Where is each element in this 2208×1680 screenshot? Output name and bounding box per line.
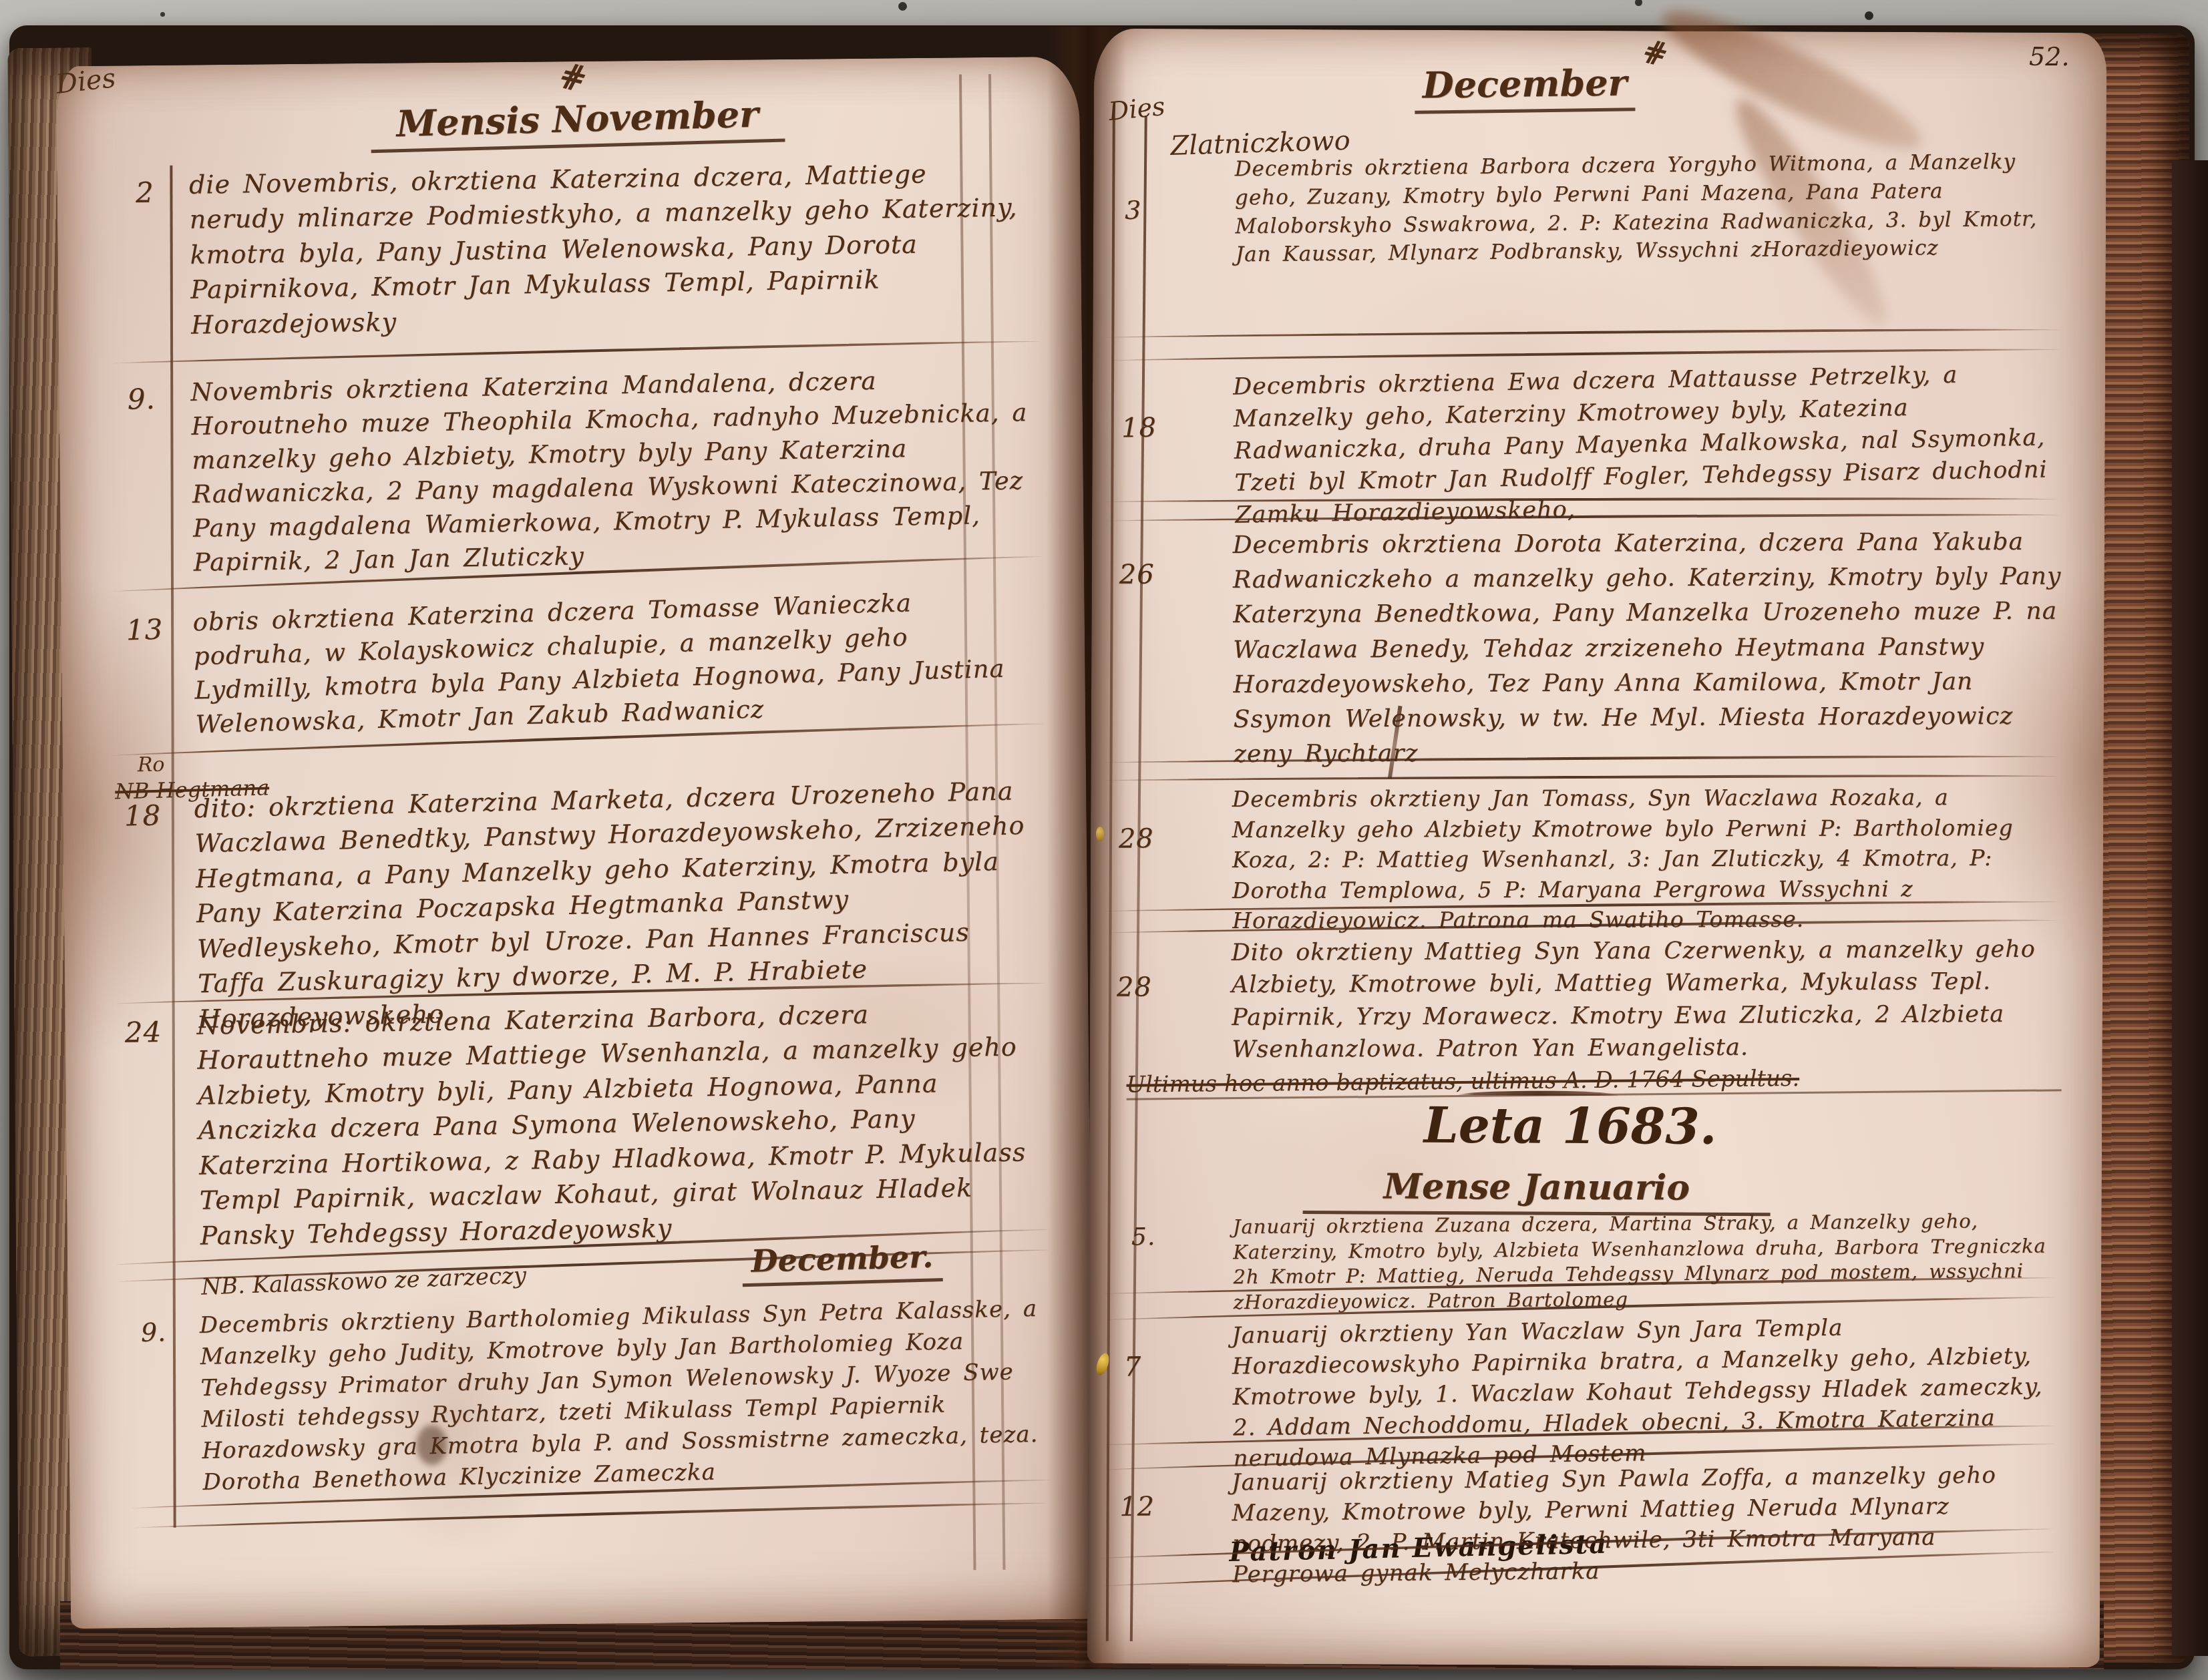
entry-day-number: 24 [124,1013,162,1052]
entry-day-number: 7 [1124,1349,1142,1385]
entry-separator-rule [112,339,1041,364]
entry-day-number: 28 [1119,821,1154,857]
entry-day-number: 3 [1125,193,1142,228]
entry-text: Novembris: okrztiena Katerzina Barbora, … [196,1000,1026,1250]
leather-cover-strip [2172,160,2208,1656]
entry-text: Dito okrztieny Mattieg Syn Yana Czerwenk… [1232,936,2036,1063]
dust-specks [160,12,165,17]
page-number: 52. [2029,42,2070,71]
entry-day-number: 9. [127,380,156,419]
header-mark: ⋕ [554,55,588,95]
entry-day-number: 26 [1119,556,1155,594]
entry-text: Novembris okrztiena Katerzina Mandalena,… [190,367,1027,577]
register-entry: 3 Decembris okrztiena Barbora dczera Yor… [1234,147,2069,269]
entry-day-number: 18 [1121,410,1157,447]
left-page: Dies ⋕ Mensis November 2 die Novembris, … [56,57,1094,1629]
photo-backdrop: Dies ⋕ Mensis November 2 die Novembris, … [0,0,2208,1680]
register-entry: 28 Dito okrztieny Mattieg Syn Yana Czerw… [1232,933,2066,1066]
register-entry: 28 Decembris okrztieny Jan Tomass, Syn W… [1232,782,2066,936]
entry-day-number: 12 [1119,1488,1155,1525]
dies-column-header: Dies [1107,91,1167,126]
register-entry: 26 Decembris okrztiena Dorota Katerzina,… [1233,525,2068,773]
register-entry: 2 die Novembris, okrztiena Katerzina dcz… [189,155,1032,343]
entry-day-number: 18 [124,796,162,835]
section-margin-note: NB. Kalasskowo ze zarzeczy [201,1262,527,1300]
entry-text: obris okrztiena Katerzina dczera Tomasse… [192,588,1005,739]
header-mark: ⋕ [1638,33,1669,70]
entry-text: Decembris okrztieny Jan Tomass, Syn Wacz… [1232,784,2014,933]
page-title-month: Mensis November [370,92,785,154]
entry-text: Decembris okrztiena Dorota Katerzina, dc… [1233,528,2062,768]
entry-text: Januarij okrztieny Yan Waczlaw Syn Jara … [1232,1315,2043,1472]
entry-day-number: 5. [1131,1222,1156,1253]
entry-separator-rule [134,1500,1049,1528]
right-page: Dies ⋕ December 52. Zlatniczkowo 3 Decem… [1087,29,2107,1668]
binding-thread [1096,827,1104,841]
page-title-month: December [1414,61,1635,114]
month-title: Mense Januario [1303,1166,1771,1216]
register-entry: 24 Novembris: okrztiena Katerzina Barbor… [196,994,1045,1253]
entry-text: Januarij okrztieny Matieg Syn Pawla Zoff… [1232,1462,1996,1588]
register-entry: 9. Decembris okrztieny Bartholomieg Miku… [199,1293,1047,1498]
entry-day-number: 9. [140,1315,166,1350]
entry-separator-rule [1109,347,2061,361]
entry-day-number: 2 [136,174,155,212]
entry-text: Decembris okrztieny Bartholomieg Mikulas… [199,1295,1038,1496]
entry-day-number: 13 [126,610,164,650]
register-entry: 7 Januarij okrztieny Yan Waczlaw Syn Jar… [1232,1310,2064,1474]
margin-rule [1130,116,1147,1641]
entry-separator-rule [1104,774,2059,781]
register-entry: 12 Januarij okrztieny Matieg Syn Pawla Z… [1232,1460,2064,1590]
entry-text: Decembris okrztiena Ewa dczera Mattausse… [1233,362,2048,529]
section-title-december: December. [741,1238,943,1287]
entry-text: dito: okrztiena Katerzina Marketa, dczer… [194,776,1025,1033]
year-title: Leta 1683. [1336,1096,1804,1156]
margin-rule [170,166,176,1528]
margin-note: Ro [138,753,165,777]
margin-rule [1106,106,1115,1641]
entry-separator-rule [1106,327,2061,337]
ink-stain [416,1425,447,1465]
dies-column-header: Dies [55,63,118,100]
entry-day-number: 28 [1117,970,1152,1006]
entry-text: Decembris okrztiena Barbora dczera Yorgy… [1234,150,2037,267]
register-entry: 13 obris okrztiena Katerzina dczera Toma… [192,582,1037,741]
entry-text: die Novembris, okrztiena Katerzina dczer… [189,159,1018,339]
register-entry: 18 Decembris okrztiena Ewa dczera Mattau… [1233,358,2069,532]
register-entry: 9. Novembris okrztiena Katerzina Mandale… [190,361,1035,580]
